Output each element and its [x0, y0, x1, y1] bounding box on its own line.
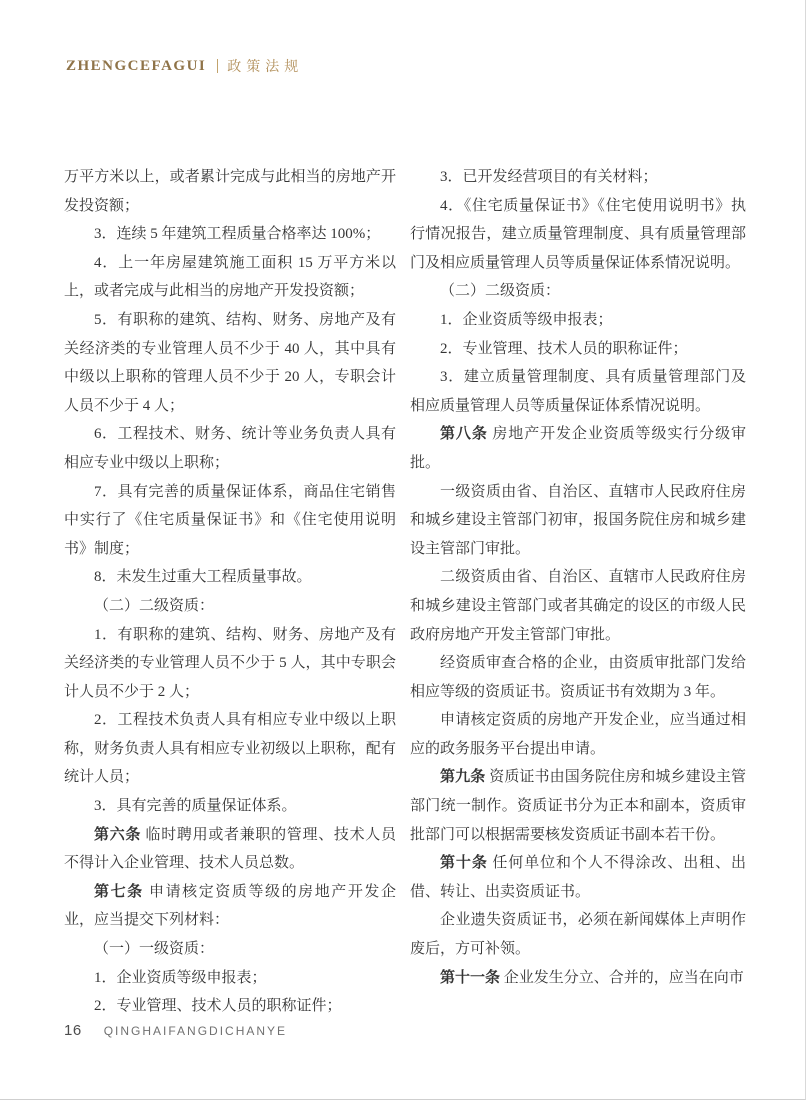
- article-number: 第十一条: [440, 970, 500, 986]
- paragraph: 第十条 任何单位和个人不得涂改、出租、出借、转让、出卖资质证书。: [410, 849, 746, 906]
- paragraph: 第六条 临时聘用或者兼职的管理、技术人员不得计入企业管理、技术人员总数。: [64, 821, 396, 878]
- paragraph: 4．上一年房屋建筑施工面积 15 万平方米以上，或者完成与此相当的房地产开发投资…: [64, 249, 396, 306]
- paragraph: 5．有职称的建筑、结构、财务、房地产及有关经济类的专业管理人员不少于 40 人，…: [64, 306, 396, 420]
- paragraph: 经资质审查合格的企业，由资质审批部门发给相应等级的资质证书。资质证书有效期为 3…: [410, 649, 746, 706]
- journal-name: QINGHAIFANGDICHANYE: [104, 1024, 287, 1038]
- journal-code: ZHENGCEFAGUI: [66, 58, 206, 75]
- paragraph: 2．专业管理、技术人员的职称证件；: [410, 335, 746, 364]
- magazine-page: ZHENGCEFAGUI 政策法规 万平方米以上，或者累计完成与此相当的房地产开…: [0, 0, 806, 1100]
- paragraph: 1．有职称的建筑、结构、财务、房地产及有关经济类的专业管理人员不少于 5 人，其…: [64, 621, 396, 707]
- paragraph: （一）一级资质：: [64, 935, 396, 964]
- paragraph: 3．建立质量管理制度、具有质量管理部门及相应质量管理人员等质量保证体系情况说明。: [410, 363, 746, 420]
- paragraph: 2．工程技术负责人具有相应专业中级以上职称，财务负责人具有相应专业初级以上职称，…: [64, 706, 396, 792]
- paragraph: 一级资质由省、自治区、直辖市人民政府住房和城乡建设主管部门初审，报国务院住房和城…: [410, 478, 746, 564]
- paragraph: 7．具有完善的质量保证体系，商品住宅销售中实行了《住宅质量保证书》和《住宅使用说…: [64, 478, 396, 564]
- section-title: 政策法规: [227, 56, 303, 76]
- paragraph: 6．工程技术、财务、统计等业务负责人具有相应专业中级以上职称；: [64, 420, 396, 477]
- paragraph: 企业遗失资质证书，必须在新闻媒体上声明作废后，方可补领。: [410, 906, 746, 963]
- paragraph: 申请核定资质的房地产开发企业，应当通过相应的政务服务平台提出申请。: [410, 706, 746, 763]
- paragraph: 第九条 资质证书由国务院住房和城乡建设主管部门统一制作。资质证书分为正本和副本，…: [410, 763, 746, 849]
- article-number: 第九条: [440, 769, 485, 785]
- paragraph: 8．未发生过重大工程质量事故。: [64, 563, 396, 592]
- paragraph: 3．已开发经营项目的有关材料；: [410, 163, 746, 192]
- page-header: ZHENGCEFAGUI 政策法规: [66, 56, 303, 76]
- paragraph: 1．企业资质等级申报表；: [64, 964, 396, 993]
- paragraph: 4．《住宅质量保证书》《住宅使用说明书》执行情况报告，建立质量管理制度、具有质量…: [410, 192, 746, 278]
- paragraph: 第八条 房地产开发企业资质等级实行分级审批。: [410, 420, 746, 477]
- article-number: 第七条: [94, 884, 144, 900]
- paragraph: 第十一条 企业发生分立、合并的，应当在向市: [410, 964, 746, 993]
- paragraph: 1．企业资质等级申报表；: [410, 306, 746, 335]
- article-number: 第六条: [94, 827, 141, 843]
- paragraph: （二）二级资质：: [410, 277, 746, 306]
- article-number: 第八条: [440, 426, 488, 442]
- page-footer: 16 QINGHAIFANGDICHANYE: [64, 1022, 287, 1039]
- paragraph: 3．连续 5 年建筑工程质量合格率达 100%；: [64, 220, 396, 249]
- page-number: 16: [64, 1022, 82, 1039]
- header-divider: [217, 59, 218, 73]
- paragraph: （二）二级资质：: [64, 592, 396, 621]
- paragraph: 2．专业管理、技术人员的职称证件；: [64, 992, 396, 1021]
- paragraph: 万平方米以上，或者累计完成与此相当的房地产开发投资额；: [64, 163, 396, 220]
- right-text-column: 3．已开发经营项目的有关材料；4．《住宅质量保证书》《住宅使用说明书》执行情况报…: [410, 163, 746, 992]
- paragraph: 第七条 申请核定资质等级的房地产开发企业，应当提交下列材料：: [64, 878, 396, 935]
- paragraph: 二级资质由省、自治区、直辖市人民政府住房和城乡建设主管部门或者其确定的设区的市级…: [410, 563, 746, 649]
- left-text-column: 万平方米以上，或者累计完成与此相当的房地产开发投资额；3．连续 5 年建筑工程质…: [64, 163, 396, 1021]
- paragraph: 3．具有完善的质量保证体系。: [64, 792, 396, 821]
- article-number: 第十条: [440, 855, 488, 871]
